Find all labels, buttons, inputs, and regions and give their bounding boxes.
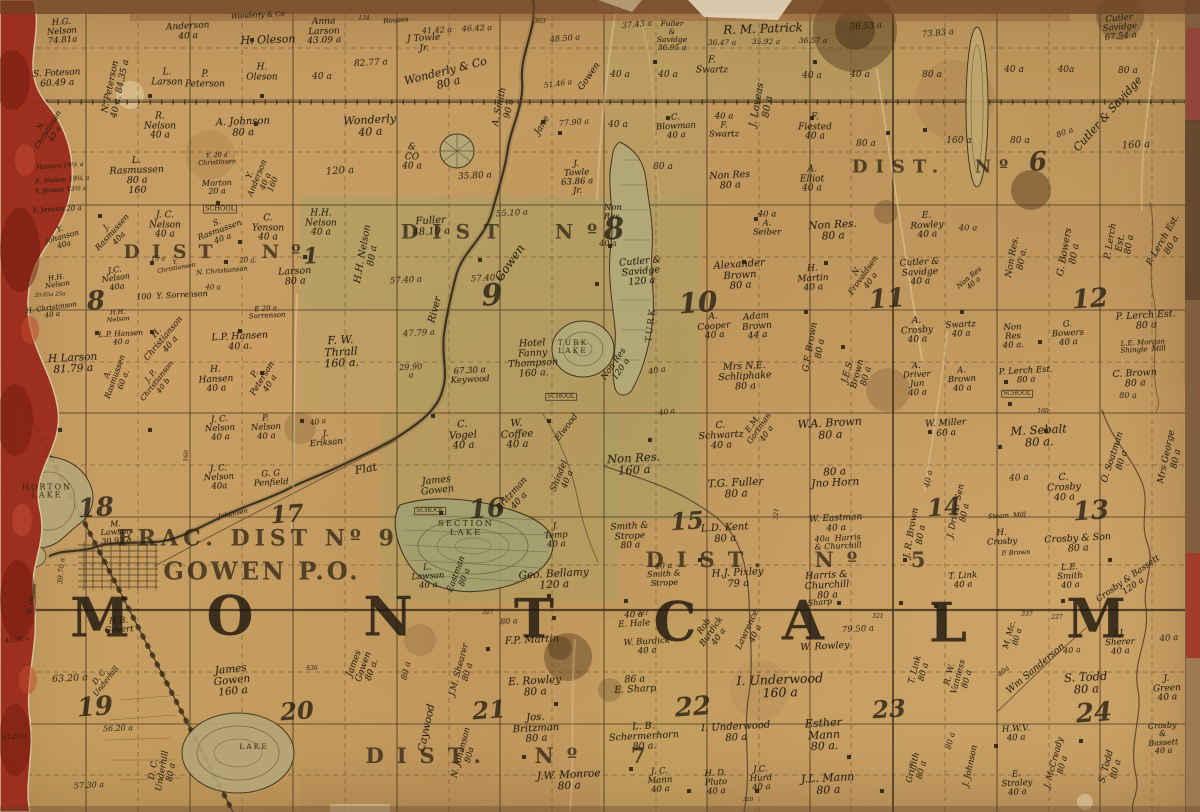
parcel-label: 321 [872, 614, 883, 620]
parcel-label: F. Swartz [696, 56, 728, 75]
house-marker [547, 419, 551, 423]
parcel-label: 86 a E. Sharp [614, 674, 657, 696]
house-marker [216, 201, 220, 205]
parcel-label: J. C. Nelson 40a [203, 464, 235, 493]
parcel-label: 327 [482, 610, 493, 616]
parcel-label: Mrs N.E. Schliphake 80 a [718, 361, 773, 394]
parcel-label: R. M. Patrick [723, 21, 803, 36]
parcel-label: P. Peterson 40 a [242, 356, 285, 402]
parcel-label: 40 a [850, 71, 870, 81]
lake-name-label: TURK [645, 307, 659, 343]
section-number: 12 [1071, 285, 1109, 315]
house-marker [886, 131, 890, 135]
parcel-label: Lawrence 40 a [735, 609, 769, 655]
parcel-label: Y. Jenson 13½ a [35, 185, 88, 196]
parcel-label: H. Oleson [240, 33, 295, 47]
plat-map: H.G. Nelson 74.81aWonderly & CoAnderson … [0, 0, 1200, 812]
house-marker [558, 131, 562, 135]
parcel-label: 40 a F. Swartz [709, 113, 739, 140]
section-number: 8 [86, 288, 106, 317]
house-marker [547, 594, 551, 598]
parcel-label: H. Christinson 40 a [25, 301, 78, 323]
parcel-label: H.G. Nelson 74.81a [46, 17, 78, 46]
parcel-label: R. W. Vanness 80 a [941, 657, 976, 698]
section-number: 21 [471, 696, 506, 724]
parcel-label: 160 [183, 450, 190, 462]
parcel-label: 303 [534, 19, 545, 25]
township-name-letter: C [654, 593, 697, 650]
parcel-label: D. C. Underhill 80 a [146, 749, 180, 794]
parcel-label: T.G. Fuller 80 a [708, 476, 765, 501]
house-marker [148, 94, 152, 98]
house-marker [648, 438, 652, 442]
parcel-label: C. Yenson 40 a [252, 215, 284, 244]
section-number: 20 [279, 697, 314, 725]
house-marker [1038, 340, 1042, 344]
parcel-label: F. Fiested 40 a [798, 114, 832, 143]
parcel-label: J. C. Nelson 40 a [204, 415, 236, 444]
parcel-label: P. Peterson [185, 70, 225, 89]
parcel-label: 80 a [856, 140, 876, 150]
parcel-label: Gowen [577, 61, 603, 92]
parcel-label: 40 a [648, 365, 667, 376]
house-marker [824, 261, 828, 265]
parcel-label: H. Martin 40 a [797, 264, 830, 294]
parcel-label: 100 Y. Sorrenson [136, 290, 208, 302]
parcel-label: A. Rasmussen 60 a. [96, 351, 136, 403]
parcel-label: C. Blowman 40 a [655, 112, 696, 141]
house-marker [928, 430, 932, 434]
parcel-label: 80 a [401, 661, 414, 681]
parcel-label: H.H. Nelson 80 a [353, 224, 383, 286]
house-marker [810, 116, 814, 120]
parcel-label: Anna Larson 43.09 a [307, 17, 342, 47]
parcel-label: 79.50 a [842, 625, 875, 636]
parcel-label: L. Larson [151, 68, 182, 87]
house-marker [238, 329, 242, 333]
parcel-label: Y. Jenson 20 a [32, 205, 82, 215]
parcel-label: 40 a A. Seiber [753, 211, 781, 238]
house-marker [899, 601, 903, 605]
house-marker [260, 94, 264, 98]
township-name-letter: O [206, 587, 253, 644]
parcel-label: E. Straley 40 a [1001, 770, 1033, 799]
parcel-label: S. Todd 80 a [1098, 749, 1125, 787]
parcel-label: 73.83 a [922, 28, 955, 40]
parcel-label: H.H. Nelson [106, 308, 130, 324]
house-marker [1044, 429, 1048, 433]
house-marker [687, 789, 691, 793]
parcel-label: S. Todd 80 a [1064, 670, 1108, 697]
parcel-label: 35.92 a [752, 38, 780, 46]
parcel-label: P. Nelson 40 a [250, 414, 282, 443]
parcel-label: Johansen [218, 508, 249, 521]
parcel-label: 80 a [653, 163, 673, 173]
house-marker [837, 601, 841, 605]
parcel-label: J.M. Shearer 80 a [448, 643, 479, 700]
parcel-label: L.E. Morgan Shingle Mill [1120, 338, 1166, 355]
parcel-label: 39.70 a [57, 558, 67, 585]
township-name-letter: A [782, 592, 824, 649]
parcel-label: N. Christianson [196, 265, 248, 276]
parcel-label: E. Rowley 80 a [508, 675, 562, 700]
parcel-label: Cutler Savidge 67.54 a [1102, 13, 1139, 43]
house-marker [522, 755, 526, 759]
parcel-label: & CO 40 a [402, 144, 422, 173]
parcel-label: 40 a [610, 71, 630, 81]
parcel-label: P. Brown [1001, 549, 1030, 557]
parcel-label: 320 [743, 798, 754, 804]
parcel-label: 53.20 a [1, 733, 26, 742]
district-label: GOWEN P.O. [163, 558, 360, 583]
parcel-label: H.H. Nelson [44, 273, 71, 291]
parcel-label: 227 [1051, 615, 1062, 621]
parcel-label: A. Brown 40 a [947, 366, 977, 394]
house-marker [1061, 599, 1065, 603]
lake-name-label: LAKE [239, 743, 268, 751]
house-marker [58, 428, 63, 433]
parcel-label: J. Green 40 a [1152, 674, 1181, 704]
parcel-label: S. Foteson 60.49 a [33, 68, 81, 90]
parcel-label: M. Mc. 80 a [1002, 620, 1026, 652]
house-marker [224, 260, 228, 264]
parcel-label: H. Oleson [246, 63, 277, 82]
parcel-label: W.A. Brown 80 a [797, 416, 862, 443]
parcel-label: J. P. Christianson 40 b [133, 355, 182, 408]
parcel-label: 120 a [326, 166, 355, 178]
parcel-label: 40a [997, 665, 1012, 679]
section-number: 17 [269, 500, 304, 528]
parcel-label: J Towle Jr. [407, 34, 441, 55]
parcel-label: I. Underwood 160 a [736, 671, 823, 701]
district-label: DIST Nº [401, 221, 611, 242]
parcel-label: A. Elliot 40 a [800, 166, 824, 195]
parcel-label: 46.42 a [462, 24, 493, 34]
house-marker [238, 240, 242, 244]
house-marker [95, 331, 100, 336]
parcel-label: 55.10 a [496, 209, 529, 220]
parcel-label: 40a [1058, 66, 1075, 76]
parcel-label: A. Smith 90 a [492, 87, 519, 129]
parcel-label: Crosby & Son 80 a [1044, 532, 1112, 556]
parcel-label: Non Res. 80 a. [1005, 236, 1031, 280]
parcel-label: N. Peterson 40 a. 84.35 a [101, 57, 132, 119]
parcel-label: 48.50 a [550, 33, 581, 44]
parcel-label: J. C. Nelson 40 a [149, 212, 181, 241]
district-label: DIST. Nº 5 [646, 549, 939, 571]
house-marker [742, 260, 746, 264]
parcel-label: M. Sebalt 80 a. [1010, 422, 1067, 449]
house-marker [841, 345, 845, 349]
parcel-label: 80 a [1010, 137, 1030, 147]
parcel-label: G.F. Brown 80 a [802, 322, 829, 375]
parcel-label: Swartz 40 a [945, 320, 976, 340]
parcel-label: J.C. Hurd 40 a [749, 765, 773, 793]
parcel-label: 40 a [1004, 66, 1024, 76]
township-name-letter: L [929, 594, 967, 651]
parcel-label: H. D. Pluto 40 a [704, 769, 728, 797]
district-label: DIST. Nº [852, 157, 1016, 176]
parcel-label: 77.90 a [559, 117, 590, 128]
parcel-label: G. Bowers 40 a [1051, 320, 1084, 349]
parcel-label: 40 a [309, 417, 327, 428]
parcel-label: 51.46 a [543, 78, 572, 90]
house-marker [250, 38, 255, 43]
parcel-label: 80 a [1119, 392, 1137, 400]
section-number: 13 [1072, 497, 1110, 527]
parcel-label: L.D. Kent 80 a [701, 522, 749, 546]
parcel-label: Adam Brown 44 a [741, 311, 773, 342]
parcel-label: 36.57 a [799, 37, 827, 45]
section-number: 6 [1028, 149, 1048, 178]
parcel-label: H.W.V. 40 a [1002, 724, 1030, 743]
house-marker [150, 261, 154, 265]
house-marker [150, 330, 154, 334]
map-labels-layer: H.G. Nelson 74.81aWonderly & CoAnderson … [0, 0, 1200, 812]
parcel-label: Smith & Strope 80 a [610, 522, 649, 553]
parcel-label: J.C. Nelson 40a [100, 264, 132, 293]
house-marker [880, 789, 884, 793]
parcel-label: 29.90 a [399, 363, 423, 381]
parcel-label: H. Hansen 40 a [198, 365, 234, 395]
parcel-label: Non Res. 80 a [808, 219, 858, 244]
parcel-label: 40 a [923, 470, 934, 489]
parcel-label: Jos. Britzman 80 a [512, 712, 560, 746]
house-marker [300, 419, 304, 423]
parcel-label: Eastman 80 a [446, 555, 476, 597]
house-marker [148, 428, 152, 432]
house-marker [254, 122, 258, 126]
district-label: DIST Nº [123, 242, 312, 262]
house-marker [624, 599, 628, 603]
parcel-label: Non Res 40 a. [1002, 323, 1025, 351]
parcel-label: E 20 a. Sorrenson [248, 305, 285, 322]
parcel-label: 40 a [312, 73, 332, 83]
parcel-label: 40 a [1159, 634, 1178, 645]
parcel-label: Flat [354, 461, 378, 476]
house-marker [903, 558, 907, 562]
parcel-label: Y. 20 a Christinsen [198, 151, 237, 167]
house-marker [303, 255, 307, 259]
parcel-label: P. Lerch Est. 80 a [1146, 214, 1191, 273]
house-marker [666, 116, 670, 120]
parcel-label: Non Res 120 a [600, 347, 636, 387]
parcel-label: 43.56 a [4, 635, 29, 645]
parcel-label: L.P. Hansen 40 a. [211, 330, 269, 353]
parcel-label: Y. Anderson 40 a 160 [239, 156, 285, 205]
parcel-label: Morton 20 a [202, 179, 233, 197]
parcel-label: Cutler & Savidge 40 a [899, 258, 940, 289]
parcel-label: 80 a [922, 71, 942, 81]
house-marker [994, 744, 998, 748]
parcel-label: L. Rasmussen 80 a 160 [109, 155, 165, 197]
section-number: 24 [1075, 699, 1113, 729]
parcel-label: Non Res 80 a [709, 170, 751, 192]
parcel-label: Rob Burdick 40 a [691, 610, 733, 653]
house-marker [754, 217, 758, 221]
parcel-label: 40 a [658, 71, 678, 81]
parcel-label: 321 [773, 508, 780, 520]
section-number: 9 [480, 279, 503, 312]
parcel-label: Crosby & Bassett 40 a [1147, 721, 1179, 756]
parcel-label: 20.65a 25a [34, 292, 65, 299]
parcel-label: 35.80 a [458, 171, 492, 182]
parcel-label: C. Vogel 40 a [448, 419, 477, 452]
parcel-label: Rouses [383, 16, 409, 26]
parcel-label: 80 a Jno Horn [810, 466, 859, 491]
parcel-label: H.H. Nelson 40 a [305, 210, 337, 239]
parcel-label: T. Link 40 a [948, 571, 978, 590]
parcel-label: 40 a [1009, 474, 1029, 485]
house-marker [998, 445, 1003, 450]
house-marker [629, 767, 633, 771]
district-label: FRAC. DIST Nº 9 [117, 527, 399, 550]
house-marker [260, 371, 264, 375]
parcel-label: P. Lerch Est. 80 a [1104, 223, 1138, 264]
parcel-label: 57.30 a [74, 781, 105, 791]
parcel-label: Jane [534, 115, 553, 137]
parcel-label: I. Underwood 80 a [701, 721, 771, 746]
house-marker [554, 702, 558, 706]
parcel-label: 82.77 a [354, 58, 388, 69]
parcel-label: N. Christinsen 40 a [26, 105, 69, 155]
parcel-label: Hotel Fanny Thompson 160 a. [507, 338, 559, 381]
house-marker [608, 244, 612, 248]
parcel-label: James Gowen 160 a [212, 662, 252, 699]
parcel-label: 47.79 a [403, 329, 436, 340]
parcel-label: P. Lerch Est. 80 a [1115, 309, 1176, 332]
parcel-label: 37.43 a [622, 19, 653, 30]
parcel-label: J. C. Mann 40 a [647, 767, 673, 795]
parcel-label: Steam Mill [988, 512, 1026, 521]
parcel-label: J. Temp 40 a [544, 522, 569, 550]
parcel-label: Wonderly 40 a [343, 113, 397, 139]
parcel-label: 636 [306, 666, 317, 672]
parcel-label: J. McCready 80 a [1044, 736, 1075, 791]
parcel-label: 67.30 a Keywood [450, 366, 490, 386]
parcel-label: Fuller & Savidge 36.95 a [657, 20, 687, 52]
district-label: DIST. Nº 7 [366, 745, 659, 767]
house-marker [698, 558, 702, 562]
house-marker [595, 282, 599, 286]
parcel-label: H Larson 81.79 a [48, 352, 98, 377]
house-marker [98, 214, 102, 218]
house-marker [653, 60, 657, 64]
parcel-label: James Gowen 80 a. [345, 647, 383, 686]
section-number: 23 [871, 695, 906, 723]
parcel-label: 134 [358, 16, 369, 22]
parcel-label: Wonderly & Co [231, 11, 285, 21]
township-name-letter: T [514, 590, 554, 647]
parcel-label: W. Coffee 40 a [500, 418, 534, 451]
parcel-label: 160 [1037, 409, 1048, 415]
section-number: 18 [77, 494, 115, 524]
parcel-label: R. Nelson 40 a [144, 113, 176, 142]
parcel-label: Elwood [554, 413, 581, 444]
parcel-label: J.E.S. Brown 80 a [840, 356, 875, 392]
house-marker [541, 120, 545, 124]
parcel-label: O. Soatman 80 a [1101, 431, 1135, 487]
parcel-label: F. W. Thrall 160 a. [323, 334, 359, 371]
parcel-label: Alexander Brown 80 a [713, 258, 767, 293]
house-marker [813, 60, 817, 64]
house-marker [847, 755, 852, 760]
parcel-label: A. Johnson 80 a [216, 116, 271, 139]
house-marker [1008, 402, 1012, 406]
parcel-label: Non Res 40 a [956, 266, 989, 297]
house-marker [552, 616, 556, 620]
parcel-label: L.P. Hansen 40 a [98, 329, 143, 347]
parcel-label: L. Lawson 40 a [411, 563, 445, 592]
parcel-label: T. Link 80 a [908, 655, 933, 687]
parcel-label: J.L. Mann 80 a [801, 771, 855, 797]
township-name-letter: N [363, 588, 412, 645]
section-number: 11 [868, 285, 906, 315]
lake-name-label: TURK LAKE [558, 339, 589, 355]
parcel-label: C. Brown 80 a [1112, 368, 1157, 390]
parcel-label: J.W. Monroe 80 a [537, 768, 602, 794]
parcel-label: 80 a [1055, 126, 1074, 140]
section-number: 10 [678, 287, 719, 319]
parcel-label: H. Crosby [986, 528, 1017, 548]
parcel-label: 80 a [945, 731, 958, 750]
parcel-label: River [427, 296, 444, 325]
house-marker [755, 789, 759, 793]
parcel-label: 36.53 a [850, 22, 883, 33]
parcel-label: J. Johnson [962, 744, 980, 788]
parcel-label: Shindel 40 a [550, 459, 579, 496]
parcel-label: 63.20 a [52, 673, 88, 685]
parcel-label: 40 a [802, 72, 822, 82]
parcel-label: Y. Johanson 40a [42, 221, 82, 253]
parcel-label: E.M. Gortman 40 a [739, 407, 780, 451]
parcel-label: Mrs George 80 a [1157, 429, 1187, 486]
parcel-label: Griffith 80 a [905, 752, 930, 787]
parcel-label: 40 a [608, 121, 628, 131]
section-number: 19 [76, 693, 114, 723]
parcel-label: Wonderly & Co 80 a [403, 55, 491, 98]
house-marker [106, 629, 110, 633]
parcel-label: 160 a [1122, 140, 1151, 152]
house-marker [934, 604, 938, 608]
township-name-letter: M [1066, 590, 1126, 647]
house-marker [439, 511, 443, 515]
parcel-label: 40 a [959, 225, 978, 234]
house-marker [1108, 558, 1112, 562]
house-marker [923, 128, 927, 132]
parcel-label: J. Eriksan [309, 429, 343, 450]
school-label: SCHOOL [1001, 390, 1033, 398]
house-marker [1079, 739, 1083, 743]
parcel-label: James Gowen [419, 474, 454, 497]
township-name-letter: M [70, 589, 130, 646]
parcel-label: 57.40 a [390, 276, 423, 287]
parcel-label: Non Res. 160 a [607, 450, 661, 477]
parcel-label: J. Loveas 80 a [749, 82, 778, 130]
section-number: 16 [468, 495, 506, 525]
parcel-label: Anderson 40 a [166, 21, 210, 42]
parcel-label: 160 a [946, 137, 971, 147]
parcel-label: G. Bowers 80 a [1056, 227, 1084, 279]
parcel-label: G. G Penfield [253, 469, 289, 489]
school-label: SCHOOL [545, 393, 577, 401]
parcel-label: Cutler & Savidge 120 a [619, 255, 663, 289]
parcel-label: C. Schwartz 40 a [698, 420, 745, 453]
parcel-label: 56.20 a [103, 724, 134, 734]
house-marker [486, 647, 490, 651]
parcel-label: A. Driver Jun 40 a [902, 361, 931, 398]
parcel-label: Esther Mann 80 a. [805, 717, 844, 754]
